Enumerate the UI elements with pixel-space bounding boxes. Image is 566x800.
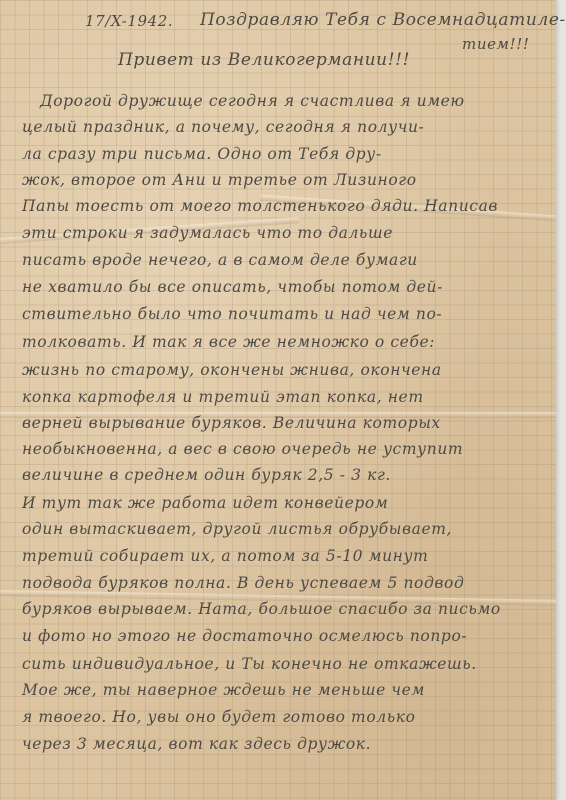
letter-line: писать вроде нечего, а в самом деле бума…: [22, 251, 418, 269]
letter-line: толковать. И так я все же немножко о себ…: [22, 333, 435, 351]
letter-line: величине в среднем один буряк 2,5 - 3 кг…: [22, 466, 391, 484]
letter-line: буряков вырываем. Ната, большое спасибо …: [22, 600, 501, 618]
letter-page: 17/X-1942. Поздравляю Тебя с Восемнадцат…: [0, 0, 556, 800]
letter-line: я твоего. Но, увы оно будет готово тольк…: [22, 708, 416, 726]
letter-date: 17/X-1942.: [85, 12, 173, 30]
letter-line: ла сразу три письма. Одно от Тебя дру-: [22, 145, 382, 163]
letter-line: третий собирает их, а потом за 5-10 мину…: [22, 547, 428, 565]
letter-line: копка картофеля и третий этап копка, нет: [22, 388, 424, 406]
letter-line: подвода буряков полна. В день успеваем 5…: [22, 574, 464, 592]
greeting-birthday-cont: тием!!!: [462, 35, 529, 53]
letter-line: сить индивидуальное, и Ты конечно не отк…: [22, 655, 477, 673]
letter-line: через 3 месяца, вот как здесь дружок.: [22, 735, 371, 753]
letter-line: жок, второе от Ани и третье от Лизиного: [22, 171, 417, 189]
letter-line: верней вырывание буряков. Величина котор…: [22, 414, 441, 432]
letter-line: И тут так же работа идет конвейером: [22, 494, 388, 512]
letter-line: Мое же, ты наверное ждешь не меньше чем: [22, 681, 425, 699]
letter-line: не хватило бы все описать, чтобы потом д…: [22, 278, 443, 296]
greeting-birthday: Поздравляю Тебя с Восемнадцатиле-: [200, 10, 566, 30]
letter-line: Дорогой дружище сегодня я счастлива я им…: [40, 92, 465, 110]
letter-line: ствительно было что почитать и над чем п…: [22, 305, 442, 323]
letter-line: необыкновенна, а вес в свою очередь не у…: [22, 440, 463, 458]
letter-line: один вытаскивает, другой листья обрубыва…: [22, 520, 452, 538]
letter-line: целый праздник, а почему, сегодня я полу…: [22, 118, 424, 136]
letter-line: жизнь по старому, окончены жнива, оконче…: [22, 361, 442, 379]
greeting-from-germany: Привет из Великогермании!!!: [118, 50, 410, 70]
letter-line: Папы тоесть от моего толстенького дяди. …: [22, 197, 498, 215]
letter-line: эти строки я задумалась что то дальше: [22, 224, 393, 242]
letter-line: и фото но этого не достаточно осмелюсь п…: [22, 627, 467, 645]
